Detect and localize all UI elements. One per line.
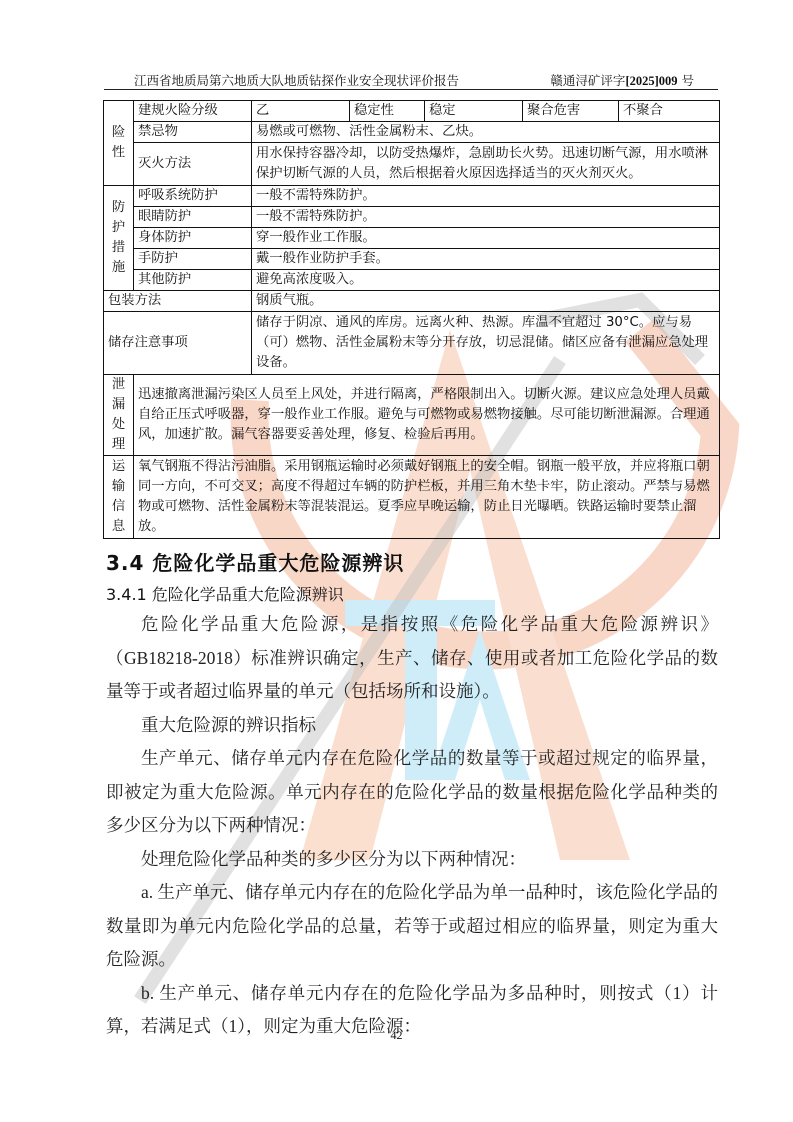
hand-protection-value: 戴一般作业防护手套。 (252, 249, 720, 270)
storage-label: 储存注意事项 (104, 312, 252, 375)
leak-group-label: 泄 漏 处 理 (104, 375, 134, 456)
paragraph-indicator-heading: 重大危险源的辨识指标 (106, 709, 718, 743)
packaging-label: 包装方法 (104, 291, 252, 312)
body-text: 危险化学品重大危险源，是指按照《危险化学品重大危险源辨识》（GB18218-20… (106, 608, 718, 1044)
leak-handling-value: 迅速撤离泄漏污染区人员至上风处，并进行隔离，严格限制出入。切断火源。建议应急处理… (134, 375, 720, 456)
msds-table: 险 性 建规火险分级 乙 稳定性 稳定 聚合危害 不聚合 禁忌物 易燃或可燃物、… (103, 100, 720, 539)
body-protection-label: 身体防护 (134, 228, 252, 249)
protection-group-label: 防 护 措 施 (104, 186, 134, 291)
stability-value: 稳定 (425, 101, 523, 122)
table-row: 其他防护 避免高浓度吸入。 (104, 270, 720, 291)
paragraph-threshold: 生产单元、储存单元内存在危险化学品的数量等于或超过规定的临界量，即被定为重大危险… (106, 742, 718, 843)
page-number: 42 (0, 1028, 793, 1043)
table-row: 防 护 措 施 呼吸系统防护 一般不需特殊防护。 (104, 186, 720, 207)
stability-label: 稳定性 (350, 101, 425, 122)
transport-info-value: 氧气钢瓶不得沾污油脂。采用钢瓶运输时必须戴好钢瓶上的安全帽。钢瓶一般平放，并应将… (134, 456, 720, 539)
table-row: 包装方法 钢质气瓶。 (104, 291, 720, 312)
paragraph-definition: 危险化学品重大危险源，是指按照《危险化学品重大危险源辨识》（GB18218-20… (106, 608, 718, 709)
extinguish-value: 用水保持容器冷却，以防受热爆炸，急剧助长火势。迅速切断气源，用水喷淋保护切断气源… (252, 143, 720, 186)
section-title: 3.4 危险化学品重大危险源辨识 (106, 547, 404, 576)
report-title: 江西省地质局第六地质大队地质钻探作业安全现状评价报告 (134, 71, 459, 89)
incompatibles-label: 禁忌物 (134, 122, 252, 143)
hand-protection-label: 手防护 (134, 249, 252, 270)
packaging-value: 钢质气瓶。 (252, 291, 720, 312)
fire-class-value: 乙 (252, 101, 350, 122)
eye-protection-value: 一般不需特殊防护。 (252, 207, 720, 228)
table-row: 手防护 戴一般作业防护手套。 (104, 249, 720, 270)
hazard-group-label: 险 性 (104, 101, 134, 186)
polymer-hazard-value: 不聚合 (619, 101, 720, 122)
subsection-title: 3.4.1 危险化学品重大危险源辨识 (106, 582, 344, 605)
paragraph-two-cases: 处理危险化学品种类的多少区分为以下两种情况： (106, 843, 718, 877)
respiratory-protection-value: 一般不需特殊防护。 (252, 186, 720, 207)
table-row: 眼睛防护 一般不需特殊防护。 (104, 207, 720, 228)
incompatibles-value: 易燃或可燃物、活性金属粉末、乙炔。 (252, 122, 720, 143)
other-protection-label: 其他防护 (134, 270, 252, 291)
table-row: 灭火方法 用水保持容器冷却，以防受热爆炸，急剧助长火势。迅速切断气源，用水喷淋保… (104, 143, 720, 186)
table-row: 储存注意事项 储存于阴凉、通风的库房。远离火种、热源。库温不宜超过 30°C。应… (104, 312, 720, 375)
table-row: 禁忌物 易燃或可燃物、活性金属粉末、乙炔。 (104, 122, 720, 143)
table-row: 险 性 建规火险分级 乙 稳定性 稳定 聚合危害 不聚合 (104, 101, 720, 122)
paragraph-case-a: a. 生产单元、储存单元内存在的危险化学品为单一品种时，该危险化学品的数量即为单… (106, 876, 718, 977)
respiratory-protection-label: 呼吸系统防护 (134, 186, 252, 207)
eye-protection-label: 眼睛防护 (134, 207, 252, 228)
other-protection-value: 避免高浓度吸入。 (252, 270, 720, 291)
extinguish-label: 灭火方法 (134, 143, 252, 186)
fire-class-label: 建规火险分级 (134, 101, 252, 122)
transport-group-label: 运 输 信 息 (104, 456, 134, 539)
table-row: 运 输 信 息 氧气钢瓶不得沾污油脂。采用钢瓶运输时必须戴好钢瓶上的安全帽。钢瓶… (104, 456, 720, 539)
storage-value: 储存于阴凉、通风的库房。远离火种、热源。库温不宜超过 30°C。应与易（可）燃物… (252, 312, 720, 375)
body-protection-value: 穿一般作业工作服。 (252, 228, 720, 249)
document-number: 赣通浔矿评字[2025]009 号 (550, 71, 694, 89)
table-row: 泄 漏 处 理 迅速撤离泄漏污染区人员至上风处，并进行隔离，严格限制出入。切断火… (104, 375, 720, 456)
polymer-hazard-label: 聚合危害 (523, 101, 619, 122)
page-header: 江西省地质局第六地质大队地质钻探作业安全现状评价报告 赣通浔矿评字[2025]0… (104, 69, 718, 90)
table-row: 身体防护 穿一般作业工作服。 (104, 228, 720, 249)
